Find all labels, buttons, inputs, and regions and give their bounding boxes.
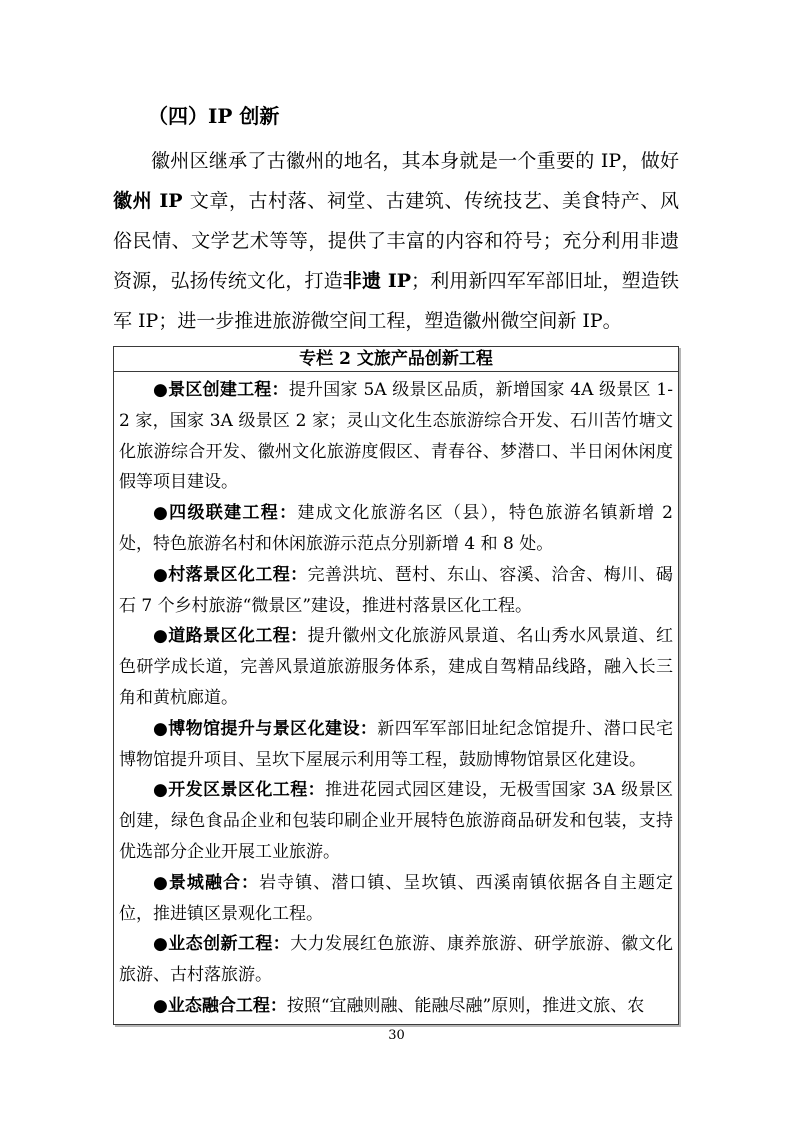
panel-title: 专栏 2 文旅产品创新工程	[114, 347, 678, 372]
panel-item-lead: ●博物馆提升与景区化建设：	[153, 719, 377, 739]
panel-item-lead: ●道路景区化工程：	[153, 626, 308, 646]
panel-item-lead: ●村落景区化工程：	[153, 565, 308, 585]
panel-item: ●开发区景区化工程：推进花园式园区建设，无极雪国家 3A 级景区创建，绿色食品企…	[119, 775, 673, 867]
panel-item-lead: ●开发区景区化工程：	[153, 780, 325, 800]
panel-item: ●四级联建工程：建成文化旅游名区（县），特色旅游名镇新增 2 处，特色旅游名村和…	[119, 498, 673, 560]
document-page: （四）IP 创新 徽州区继承了古徽州的地名，其本身就是一个重要的 IP，做好徽州…	[0, 0, 793, 1122]
section-heading: （四）IP 创新	[148, 103, 679, 130]
panel-item: ●村落景区化工程：完善洪坑、琶村、东山、容溪、洽舍、梅川、碣石 7 个乡村旅游“…	[119, 560, 673, 622]
panel-body: ●景区创建工程：提升国家 5A 级景区品质，新增国家 4A 级景区 1-2 家，…	[114, 372, 678, 1024]
panel-item-lead: ●景城融合：	[153, 873, 259, 893]
panel-item-body: 按照“宜融则融、能融尽融”原则，推进文旅、农	[287, 996, 644, 1016]
page-number: 30	[0, 1028, 793, 1043]
panel-item: ●博物馆提升与景区化建设：新四军军部旧址纪念馆提升、潜口民宅博物馆提升项目、呈坎…	[119, 714, 673, 776]
panel-item-lead: ●业态融合工程：	[153, 996, 287, 1016]
intro-run: 徽州区继承了古徽州的地名，其本身就是一个重要的 IP，做好	[151, 150, 679, 172]
panel-item: ●景城融合：岩寺镇、潜口镇、呈坎镇、西溪南镇依据各自主题定位，推进镇区景观化工程…	[119, 868, 673, 930]
panel-item: ●景区创建工程：提升国家 5A 级景区品质，新增国家 4A 级景区 1-2 家，…	[119, 375, 673, 498]
panel-item-lead: ●四级联建工程：	[153, 503, 297, 523]
panel-item: ●道路景区化工程：提升徽州文化旅游风景道、名山秀水风景道、红色研学成长道，完善风…	[119, 621, 673, 713]
intro-bold-run: 徽州 IP	[113, 190, 190, 212]
intro-paragraph: 徽州区继承了古徽州的地名，其本身就是一个重要的 IP，做好徽州 IP 文章，古村…	[113, 141, 679, 341]
panel-item: ●业态融合工程：按照“宜融则融、能融尽融”原则，推进文旅、农	[119, 991, 673, 1022]
panel-item-lead: ●业态创新工程：	[153, 934, 290, 954]
panel-item: ●业态创新工程：大力发展红色旅游、康养旅游、研学旅游、徽文化旅游、古村落旅游。	[119, 929, 673, 991]
panel-item-lead: ●景区创建工程：	[153, 380, 289, 400]
intro-bold-run: 非遗 IP	[343, 270, 411, 292]
column-panel: 专栏 2 文旅产品创新工程 ●景区创建工程：提升国家 5A 级景区品质，新增国家…	[113, 346, 679, 1025]
